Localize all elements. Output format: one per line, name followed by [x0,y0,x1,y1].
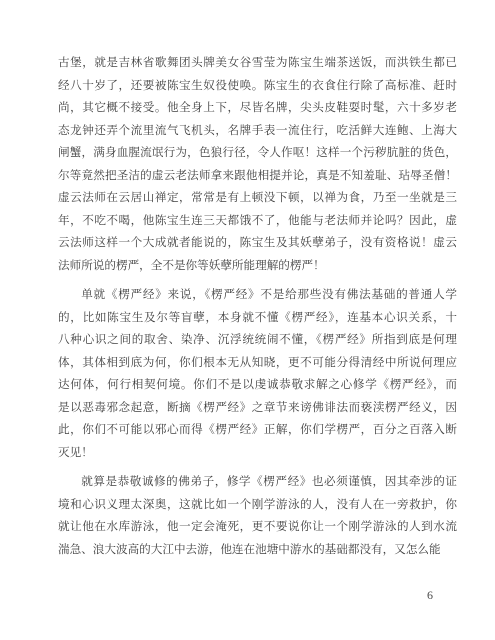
text-line: 态龙钟还弄个流里流气飞机头，名牌手表一流住行，吃活鲜大连鲍、上海大 [58,120,457,143]
text-line: 达何体，何行相契何境。你们不是以虔诚恭敬求解之心修学《楞严经》，而 [58,374,457,397]
text-line: 就让他在水库游泳，他一定会淹死，更不要说你让一个刚学游泳的人到水流 [58,516,457,539]
text-line: 云法师这样一个大成就者能说的，陈宝生及其妖孽弟子，没有资格说！虚云 [58,232,457,255]
text-line: 法师所说的楞严，全不是你等妖孽所能理解的楞严！ [58,255,457,278]
page-number: 6 [422,587,438,603]
text-line: 虚云法师在云居山禅定，常常是有上顿没下顿，以禅为食，乃至一坐就是三 [58,187,457,210]
text-line: 的，比如陈宝生及尔等盲孽，本身就不懂《楞严经》，连基本心识关系，十 [58,307,457,330]
paragraph-1: 古堡，就是吉林省歌舞团头牌美女谷雪莹为陈宝生端茶送饭，而洪铁生都已 经八十岁了，… [58,52,457,277]
paragraph-2: 单就《楞严经》来说，《楞严经》不是给那些没有佛法基础的普通人学 的，比如陈宝生及… [58,284,457,464]
document-body: 古堡，就是吉林省歌舞团头牌美女谷雪莹为陈宝生端茶送饭，而洪铁生都已 经八十岁了，… [58,52,457,561]
text-line: 八种心识之间的取舍、染净、沉浮统统闹不懂，《楞严经》所指到底是何理 [58,329,457,352]
text-line: 年，不吃不喝，他陈宝生连三天都饿不了，他能与老法师并论吗？因此，虚 [58,210,457,233]
text-line: 经八十岁了，还要被陈宝生奴役使唤。陈宝生的衣食住行除了高标准、赶时 [58,75,457,98]
text-line: 是以恶毒邪念起意，断摘《楞严经》之章节来谤佛诽法而亵渎楞严经义，因 [58,397,457,420]
text-line: 体，其体相到底为何，你们根本无从知晓，更不可能分得清经中所说何理应 [58,352,457,375]
text-line: 尔等竟然把圣洁的虚云老法师拿来跟他相提并论，真是不知羞耻、玷辱圣僧！ [58,165,457,188]
text-line: 湍急、浪大波高的大江中去游，他连在池塘中游水的基础都没有，又怎么能 [58,539,457,562]
document-page: 古堡，就是吉林省歌舞团头牌美女谷雪莹为陈宝生端茶送饭，而洪铁生都已 经八十岁了，… [0,0,495,640]
text-line: 闸蟹，满身血腥流氓行为，色狼行径，令人作呕！这样一个污秽肮脏的货色， [58,142,457,165]
text-line: 古堡，就是吉林省歌舞团头牌美女谷雪莹为陈宝生端茶送饭，而洪铁生都已 [58,52,457,75]
text-line: 此，你们不可能以邪心而得《楞严经》正解，你们学楞严，百分之百落入断 [58,419,457,442]
text-line: 单就《楞严经》来说，《楞严经》不是给那些没有佛法基础的普通人学 [58,284,457,307]
text-line: 境和心识义理太深奥，这就比如一个刚学游泳的人，没有人在一旁救护，你 [58,494,457,517]
text-line: 就算是恭敬诚修的佛弟子，修学《楞严经》也必须谨慎，因其牵涉的证 [58,471,457,494]
text-line: 灭见！ [58,442,457,465]
text-line: 尚，其它概不接受。他全身上下，尽皆名牌，尖头皮鞋耍时髦，六十多岁老 [58,97,457,120]
paragraph-3: 就算是恭敬诚修的佛弟子，修学《楞严经》也必须谨慎，因其牵涉的证 境和心识义理太深… [58,471,457,561]
